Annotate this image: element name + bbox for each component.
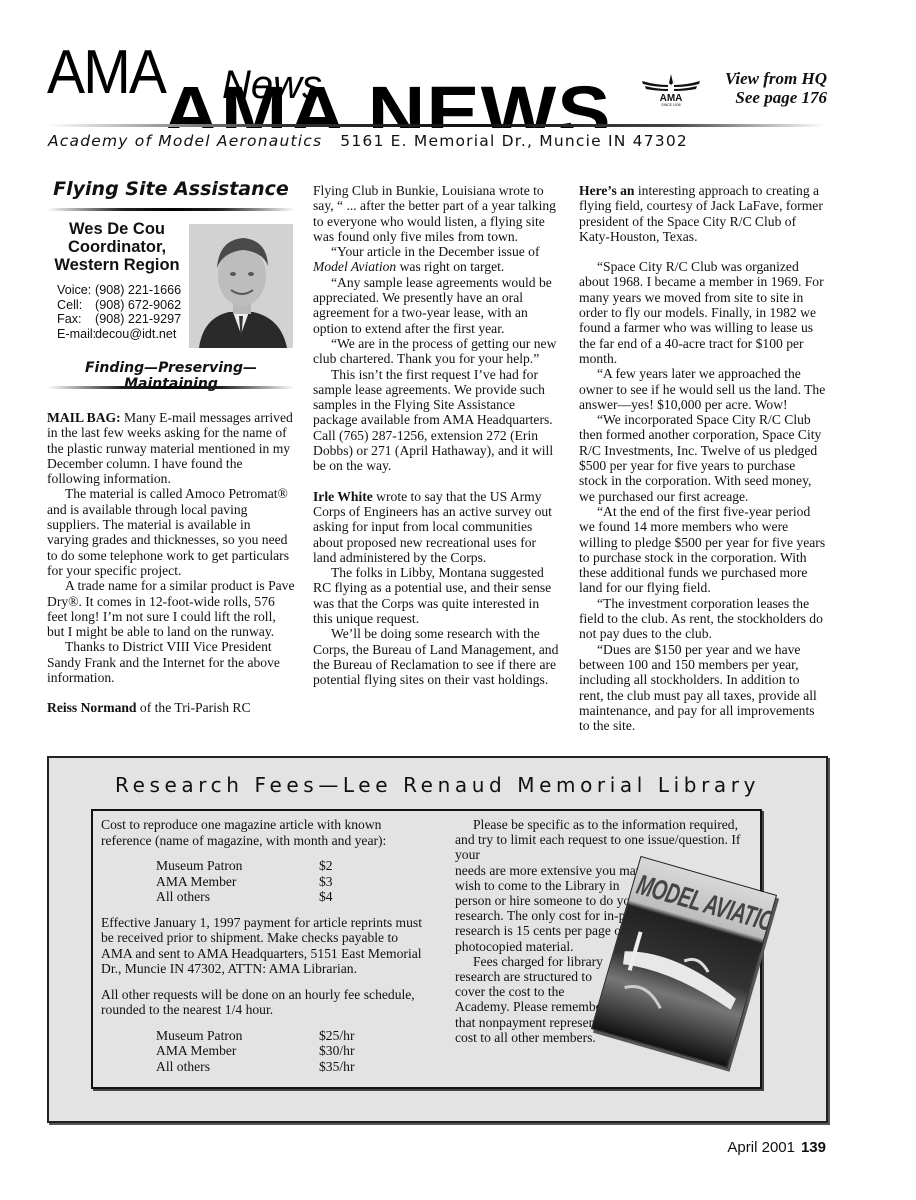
contact-voice: Voice:(908) 221-1666 xyxy=(57,283,181,298)
page-footer: April 2001139 xyxy=(727,1139,826,1156)
paragraph: MAIL BAG: Many E-mail messages arrived i… xyxy=(47,410,295,486)
coordinator-role-1: Coordinator, xyxy=(47,238,187,256)
svg-text:SINCE 1936: SINCE 1936 xyxy=(661,103,681,107)
coordinator-name-block: Wes De Cou Coordinator, Western Region xyxy=(47,220,187,274)
organization-name: Academy of Model Aeronautics xyxy=(48,132,322,150)
paragraph: The folks in Libby, Montana suggested RC… xyxy=(313,565,561,626)
paragraph: “Dues are $150 per year and we have betw… xyxy=(579,642,827,734)
article-fee-table: Museum Patron$2 AMA Member$3 All others$… xyxy=(156,858,333,905)
hourly-fee-table: Museum Patron$25/hr AMA Member$30/hr All… xyxy=(156,1028,355,1075)
paragraph: A trade name for a similar product is Pa… xyxy=(47,578,295,639)
fee-row: AMA Member$30/hr xyxy=(156,1043,355,1059)
coordinator-portrait-photo xyxy=(189,224,293,348)
contact-email[interactable]: E-mail:decou@idt.net xyxy=(57,327,181,342)
column-3-text: Here’s an interesting approach to creati… xyxy=(579,183,827,733)
fee-row: Museum Patron$2 xyxy=(156,858,333,874)
page-number: 139 xyxy=(801,1139,826,1156)
coordinator-role-2: Western Region xyxy=(47,256,187,274)
paragraph: “The investment corporation leases the f… xyxy=(579,596,827,642)
payment-note: Effective January 1, 1997 payment for ar… xyxy=(101,915,431,977)
masthead-ama-news-title: AMA NEWS xyxy=(162,76,612,128)
paragraph: Please be specific as to the information… xyxy=(455,817,755,863)
masthead-divider xyxy=(46,124,826,127)
fee-row: Museum Patron$25/hr xyxy=(156,1028,355,1044)
masthead-ama-small: AMA xyxy=(47,42,165,104)
hq-line1: View from HQ xyxy=(712,69,827,88)
paragraph: “A few years later we approached the own… xyxy=(579,366,827,412)
paragraph: Thanks to District VIII Vice President S… xyxy=(47,639,295,685)
paragraph: “We incorporated Space City R/C Club the… xyxy=(579,412,827,504)
section-title-flying-site-assistance: Flying Site Assistance xyxy=(47,178,295,200)
contact-fax: Fax:(908) 221-9297 xyxy=(57,312,181,327)
paragraph: “Space City R/C Club was organized about… xyxy=(579,259,827,366)
paragraph: The material is called Amoco Petromat® a… xyxy=(47,486,295,578)
paragraph: This isn’t the first request I’ve had fo… xyxy=(313,367,561,474)
hq-line2: See page 176 xyxy=(712,88,827,107)
paragraph: Flying Club in Bunkie, Louisiana wrote t… xyxy=(313,183,561,244)
paragraph: “We are in the process of getting our ne… xyxy=(313,336,561,367)
fees-left-column: Cost to reproduce one magazine article w… xyxy=(101,817,431,1084)
ama-wings-logo-icon: AMA SINCE 1936 xyxy=(640,73,702,107)
paragraph: “Any sample lease agreements would be ap… xyxy=(313,275,561,336)
paragraph: Irle White wrote to say that the US Army… xyxy=(313,489,561,565)
paragraph: Reiss Normand of the Tri-Parish RC xyxy=(47,700,295,715)
masthead-subtitle: Academy of Model Aeronautics5161 E. Memo… xyxy=(48,132,688,150)
paragraph: Fees charged for library research are st… xyxy=(455,954,615,1045)
paragraph: We’ll be doing some research with the Co… xyxy=(313,626,561,687)
organization-address: 5161 E. Memorial Dr., Muncie IN 47302 xyxy=(340,132,688,150)
fee-row: AMA Member$3 xyxy=(156,874,333,890)
fee-row: All others$4 xyxy=(156,889,333,905)
column-1-text: MAIL BAG: Many E-mail messages arrived i… xyxy=(47,410,295,716)
sidebar-title-rule xyxy=(47,208,295,211)
column-2-text: Flying Club in Bunkie, Louisiana wrote t… xyxy=(313,183,561,688)
fee-row: All others$35/hr xyxy=(156,1059,355,1075)
fees-intro: Cost to reproduce one magazine article w… xyxy=(101,817,431,848)
masthead: AMA News AMA NEWS Academy of Model Aeron… xyxy=(0,0,916,160)
contact-list: Voice:(908) 221-1666 Cell:(908) 672-9062… xyxy=(57,283,181,341)
paragraph: Here’s an interesting approach to creati… xyxy=(579,183,827,244)
sidebar-bottom-rule xyxy=(47,386,295,389)
hourly-note: All other requests will be done on an ho… xyxy=(101,987,431,1018)
issue-date: April 2001 xyxy=(727,1139,795,1156)
coordinator-name: Wes De Cou xyxy=(47,220,187,238)
paragraph: “Your article in the December issue of M… xyxy=(313,244,561,275)
portrait-icon xyxy=(189,224,293,348)
contact-cell: Cell:(908) 672-9062 xyxy=(57,298,181,313)
view-from-hq-note: View from HQ See page 176 xyxy=(712,69,827,107)
research-fees-title: Research Fees—Lee Renaud Memorial Librar… xyxy=(49,773,826,797)
paragraph: “At the end of the first five-year perio… xyxy=(579,504,827,596)
